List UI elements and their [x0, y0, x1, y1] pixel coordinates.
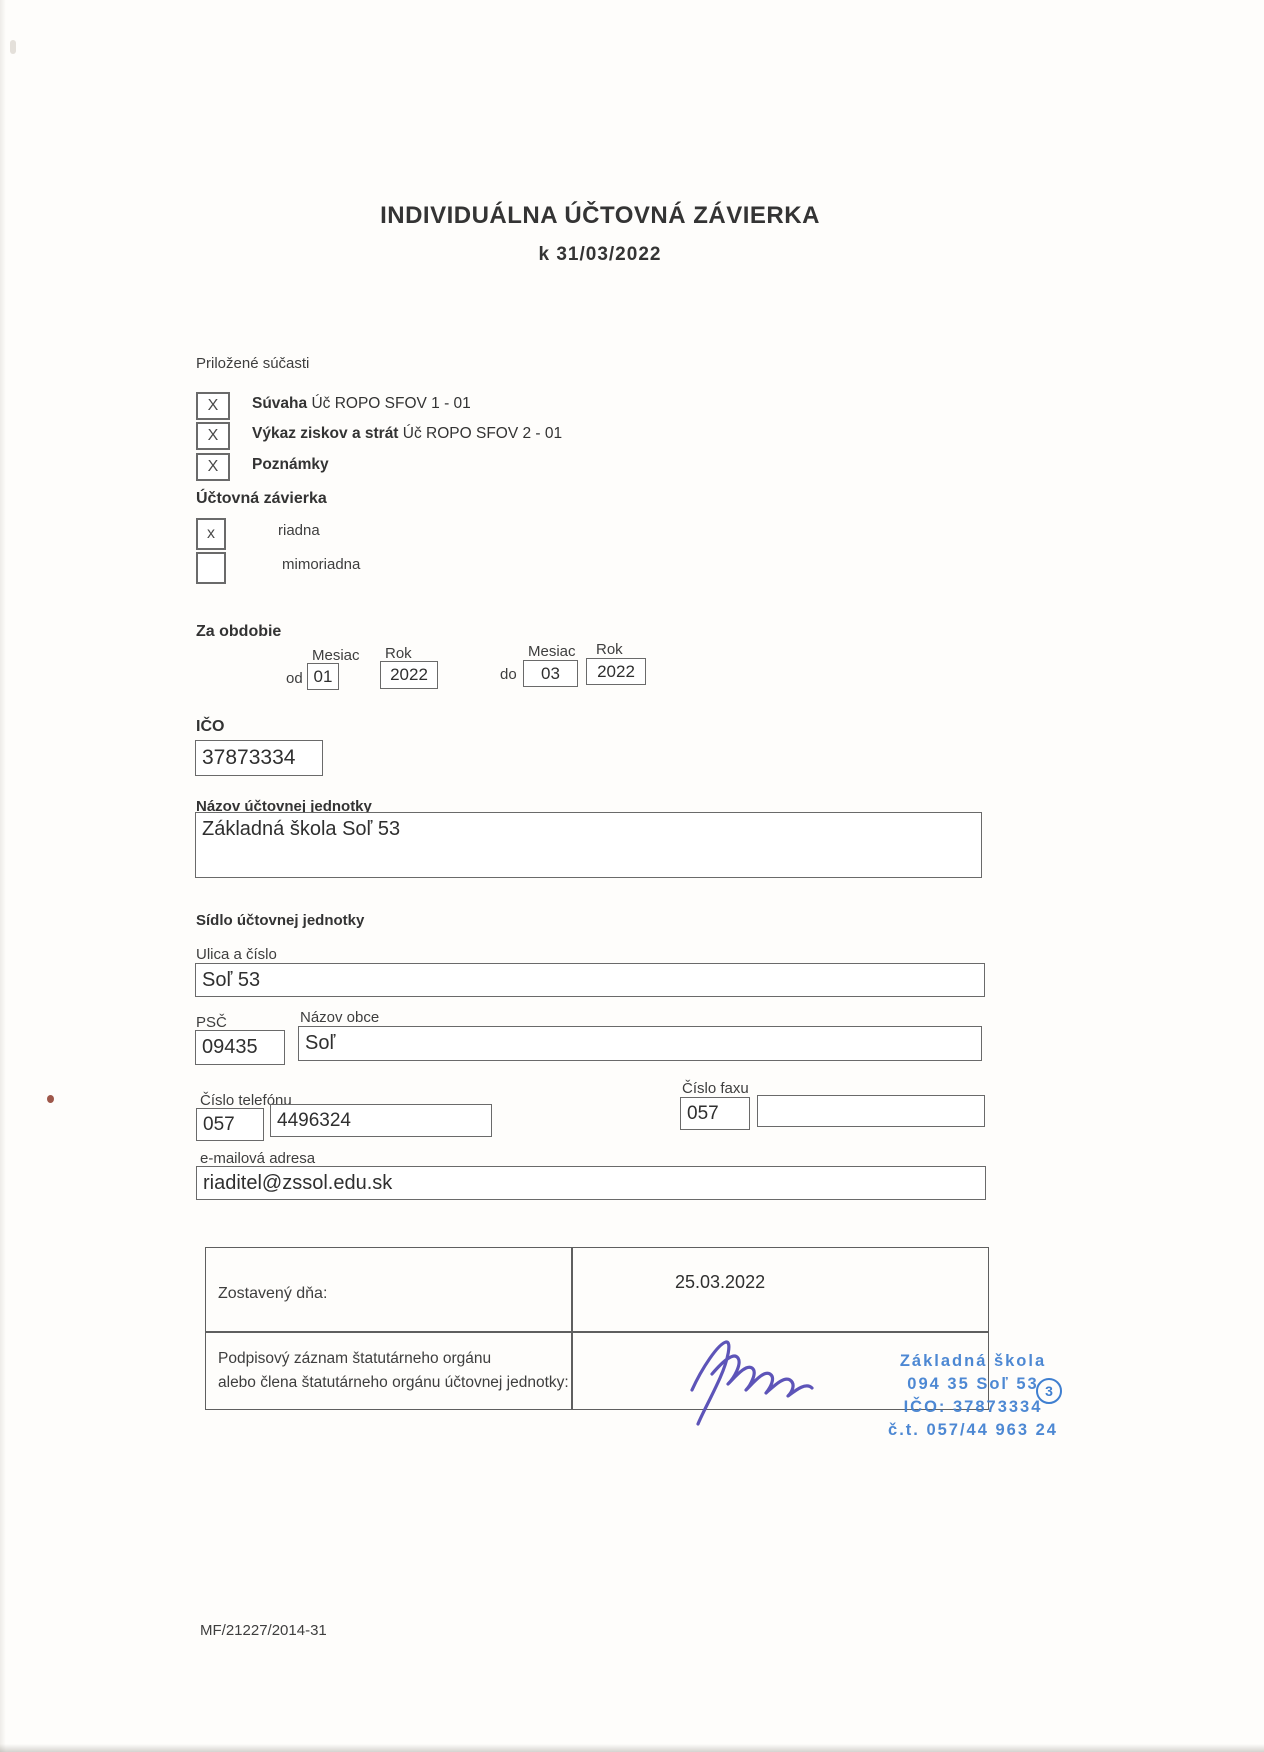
attachment-poznamky-bold: Poznámky [252, 456, 329, 473]
period-to-label: do [500, 666, 517, 683]
attachments-heading: Priložené súčasti [196, 355, 309, 372]
email-field: riaditel@zssol.edu.sk [196, 1166, 986, 1200]
attachment-suvaha-bold: Súvaha [252, 395, 307, 412]
checkbox-poznamky: X [196, 453, 230, 481]
address-heading: Sídlo účtovnej jednotky [196, 912, 364, 929]
checkbox-suvaha: X [196, 392, 230, 420]
phone-prefix-field: 057 [196, 1108, 264, 1141]
period-to-month-field: 03 [523, 660, 578, 687]
signatory-label-line2: alebo člena štatutárneho orgánu účtovnej… [218, 1374, 569, 1392]
street-value: Soľ 53 [202, 969, 260, 992]
checkbox-poznamky-mark: X [208, 458, 219, 476]
phone-number-field: 4496324 [270, 1104, 492, 1137]
phone-number-value: 4496324 [277, 1110, 351, 1132]
closing-option-mimoriadna-label: mimoriadna [282, 556, 360, 573]
email-label: e-mailová adresa [200, 1150, 315, 1167]
form-reference-number: MF/21227/2014-31 [200, 1622, 327, 1639]
fax-prefix-field: 057 [680, 1097, 750, 1130]
scan-artifact-red-dot [47, 1095, 54, 1103]
zip-field: 09435 [195, 1030, 285, 1065]
checkbox-riadna-mark: x [207, 525, 215, 543]
attachment-label-suvaha: Súvaha Úč ROPO SFOV 1 - 01 [252, 395, 471, 413]
period-from-month-value: 01 [314, 667, 333, 687]
checkbox-riadna: x [196, 518, 226, 550]
ico-value: 37873334 [202, 746, 295, 770]
entity-name-field-line2 [195, 845, 982, 878]
street-label: Ulica a číslo [196, 946, 277, 963]
closing-option-riadna-label: riadna [278, 522, 320, 539]
period-to-year-value: 2022 [597, 662, 635, 682]
checkbox-vykaz: X [196, 422, 230, 450]
closing-heading: Účtovná závierka [196, 490, 327, 508]
city-label: Názov obce [300, 1009, 379, 1026]
street-field: Soľ 53 [195, 963, 985, 997]
stamp-copy-number-badge: 3 [1036, 1378, 1062, 1404]
zip-label: PSČ [196, 1014, 227, 1031]
fax-label: Číslo faxu [682, 1080, 749, 1097]
period-from-month-field: 01 [307, 663, 339, 690]
scan-artifact-smudge [10, 40, 16, 54]
form-title: INDIVIDUÁLNA ÚČTOVNÁ ZÁVIERKA [0, 202, 1200, 230]
entity-name-value: Základná škola Soľ 53 [202, 818, 400, 841]
fax-number-field [757, 1095, 985, 1127]
stamp-copy-number: 3 [1045, 1383, 1053, 1399]
compiled-date-label: Zostavený dňa: [218, 1285, 327, 1303]
ico-field: 37873334 [195, 740, 323, 776]
checkbox-suvaha-mark: X [208, 397, 219, 415]
period-to-year-field: 2022 [586, 658, 646, 685]
attachment-label-poznamky: Poznámky [252, 456, 329, 474]
attachment-suvaha-suffix: Úč ROPO SFOV 1 - 01 [307, 395, 471, 412]
period-from-month-label: Mesiac [312, 647, 360, 664]
period-to-month-label: Mesiac [528, 643, 576, 660]
period-from-label: od [286, 670, 303, 687]
ico-label: IČO [196, 718, 224, 736]
period-to-month-value: 03 [541, 664, 560, 684]
period-from-year-label: Rok [385, 645, 412, 662]
checkbox-mimoriadna [196, 552, 226, 584]
signature-table-column-divider [571, 1248, 573, 1409]
signature-image [678, 1330, 828, 1430]
period-heading: Za obdobie [196, 623, 281, 641]
phone-prefix-value: 057 [203, 1114, 235, 1136]
stamp-line1: Základná škola [858, 1350, 1088, 1373]
period-from-year-value: 2022 [390, 665, 428, 685]
scan-artifact-bottom-edge [0, 1744, 1264, 1752]
compiled-date-value: 25.03.2022 [675, 1272, 765, 1293]
entity-name-field: Základná škola Soľ 53 [195, 812, 982, 846]
signatory-label-line1: Podpisový záznam štatutárneho orgánu [218, 1350, 491, 1368]
period-to-year-label: Rok [596, 641, 623, 658]
scanned-form-page: INDIVIDUÁLNA ÚČTOVNÁ ZÁVIERKA k 31/03/20… [0, 0, 1264, 1752]
form-subtitle: k 31/03/2022 [0, 244, 1200, 266]
stamp-line4: č.t. 057/44 963 24 [858, 1419, 1088, 1442]
attachment-vykaz-suffix: Úč ROPO SFOV 2 - 01 [398, 425, 562, 442]
attachment-vykaz-bold: Výkaz ziskov a strát [252, 425, 398, 442]
attachment-label-vykaz: Výkaz ziskov a strát Úč ROPO SFOV 2 - 01 [252, 425, 562, 443]
email-value: riaditel@zssol.edu.sk [203, 1172, 392, 1195]
city-value: Soľ [305, 1032, 335, 1055]
checkbox-vykaz-mark: X [208, 427, 219, 445]
zip-value: 09435 [202, 1036, 258, 1059]
city-field: Soľ [298, 1026, 982, 1061]
signature-table-row-divider [206, 1331, 988, 1333]
period-from-year-field: 2022 [380, 661, 438, 689]
fax-prefix-value: 057 [687, 1103, 719, 1125]
